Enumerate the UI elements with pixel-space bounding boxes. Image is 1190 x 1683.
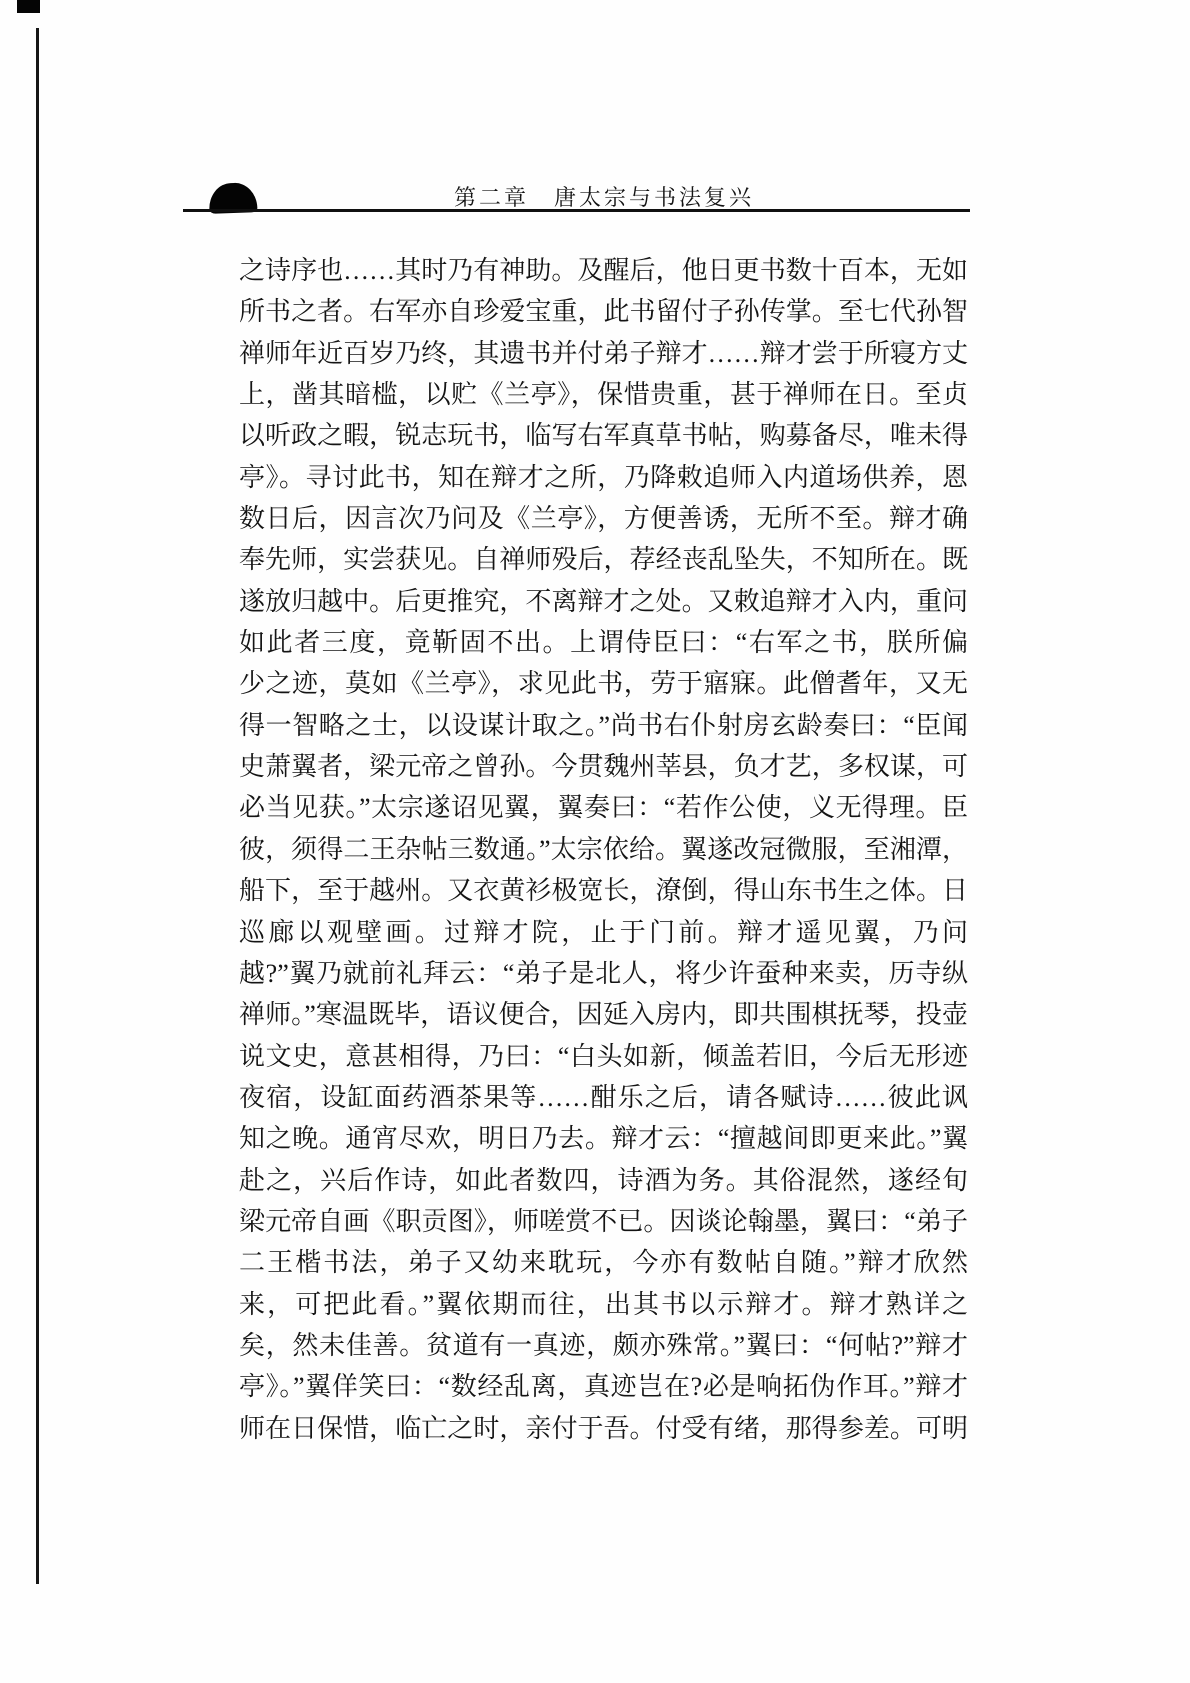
text-line: 以听政之暇，锐志玩书，临写右军真草书帖，购募备尽，唯未得《兰 <box>239 415 968 456</box>
text-line: 矣，然未佳善。贫道有一真迹，颇亦殊常。”翼曰：“何帖?”辩才曰：“《兰 <box>239 1325 968 1366</box>
text-line: 夜宿，设缸面药酒茶果等……酣乐之后，请各赋诗……彼此讽味，恨相 <box>239 1077 968 1118</box>
scanned-book-page: 第二章 唐太宗与书法复兴 之诗序也……其时乃有神助。及醒后，他日更书数十百本，无… <box>0 0 1190 1683</box>
text-line: 二王楷书法，弟子又幼来耽玩，今亦有数帖自随。”辩才欣然曰：“明日 <box>239 1242 968 1283</box>
text-line: 禅师年近百岁乃终，其遗书并付弟子辩才……辩才尝于所寝方丈梁 <box>239 333 968 374</box>
text-line: 禅师。”寒温既毕，语议便合，因延入房内，即共围棋抚琴，投壶握槊，谈 <box>239 994 968 1035</box>
text-line: 巡廊以观壁画。过辩才院，止于门前。辩才遥见翼，乃问曰：“何处檀 <box>239 912 968 953</box>
text-line: 遂放归越中。后更推究，不离辩才之处。又敕追辩才入内，重问《兰亭》， <box>239 581 968 622</box>
left-margin-rule <box>36 28 39 1584</box>
body-text-block: 之诗序也……其时乃有神助。及醒后，他日更书数十百本，无如祓禊 所书之者。右军亦自… <box>239 250 968 1449</box>
text-line: 亭》。”翼佯笑曰：“数经乱离，真迹岂在?必是响拓伪作耳。”辩才曰：“禅 <box>239 1366 968 1407</box>
text-line: 越?”翼乃就前礼拜云：“弟子是北人，将少许蚕种来卖，历寺纵观，幸遇 <box>239 953 968 994</box>
text-line: 来，可把此看。”翼依期而往，出其书以示辩才。辩才熟详之曰：“是即是 <box>239 1284 968 1325</box>
header-divider-rule <box>183 209 970 212</box>
text-line: 说文史，意甚相得，乃曰：“白头如新，倾盖若旧，今后无形迹也。”便留 <box>239 1036 968 1077</box>
text-line: 师在日保惜，临亡之时，亲付于吾。付受有绪，那得参差。可明日来看。” <box>239 1408 968 1449</box>
text-line: 彼，须得二王杂帖三数通。”太宗依给。翼遂改冠微服，至湘潭，随商人 <box>239 829 968 870</box>
text-line: 得一智略之士，以设谋计取之。”尚书右仆射房玄龄奏曰：“臣闻监察御 <box>239 705 968 746</box>
text-line: 奉先师，实尝获见。自禅师殁后，荐经丧乱坠失，不知所在。既而不获， <box>239 539 968 580</box>
text-line: 必当见获。”太宗遂诏见翼，翼奏曰：“若作公使，义无得理。臣请私行诣 <box>239 787 968 828</box>
text-line: 史萧翼者，梁元帝之曾孙。今贯魏州莘县，负才艺，多权谋，可充此使， <box>239 746 968 787</box>
chapter-header-title: 第二章 唐太宗与书法复兴 <box>240 181 968 212</box>
text-line: 亭》。寻讨此书，知在辩才之所，乃降敕追师入内道场供养，恩赉优洽。 <box>239 457 968 498</box>
text-line: 梁元帝自画《职贡图》，师嗟赏不已。因谈论翰墨，翼曰：“弟子先门皆传 <box>239 1201 968 1242</box>
text-line: 之诗序也……其时乃有神助。及醒后，他日更书数十百本，无如祓禊 <box>239 250 968 291</box>
text-line: 赴之，兴后作诗，如此者数四，诗酒为务。其俗混然，遂经旬朔。翼示师 <box>239 1160 968 1201</box>
text-line: 上，凿其暗槛，以贮《兰亭》，保惜贵重，甚于禅师在日。至贞观中，太宗 <box>239 374 968 415</box>
scan-corner-artifact <box>17 0 40 13</box>
text-line: 少之迹，莫如《兰亭》，求见此书，劳于寤寐。此僧耆年，又无所用。若为 <box>239 663 968 704</box>
text-line: 知之晚。通宵尽欢，明日乃去。辩才云：“擅越间即更来此。”翼乃载酒 <box>239 1118 968 1159</box>
text-line: 所书之者。右军亦自珍爱宝重，此书留付子孙传掌。至七代孙智永…… <box>239 291 968 332</box>
text-line: 数日后，因言次乃问及《兰亭》，方便善诱，无所不至。辩才确称，往日侍 <box>239 498 968 539</box>
text-line: 船下，至于越州。又衣黄衫极宽长，潦倒，得山东书生之体。日暮入寺， <box>239 870 968 911</box>
text-line: 如此者三度，竟靳固不出。上谓侍臣曰：“右军之书，朕所偏宝，就中逸 <box>239 622 968 663</box>
